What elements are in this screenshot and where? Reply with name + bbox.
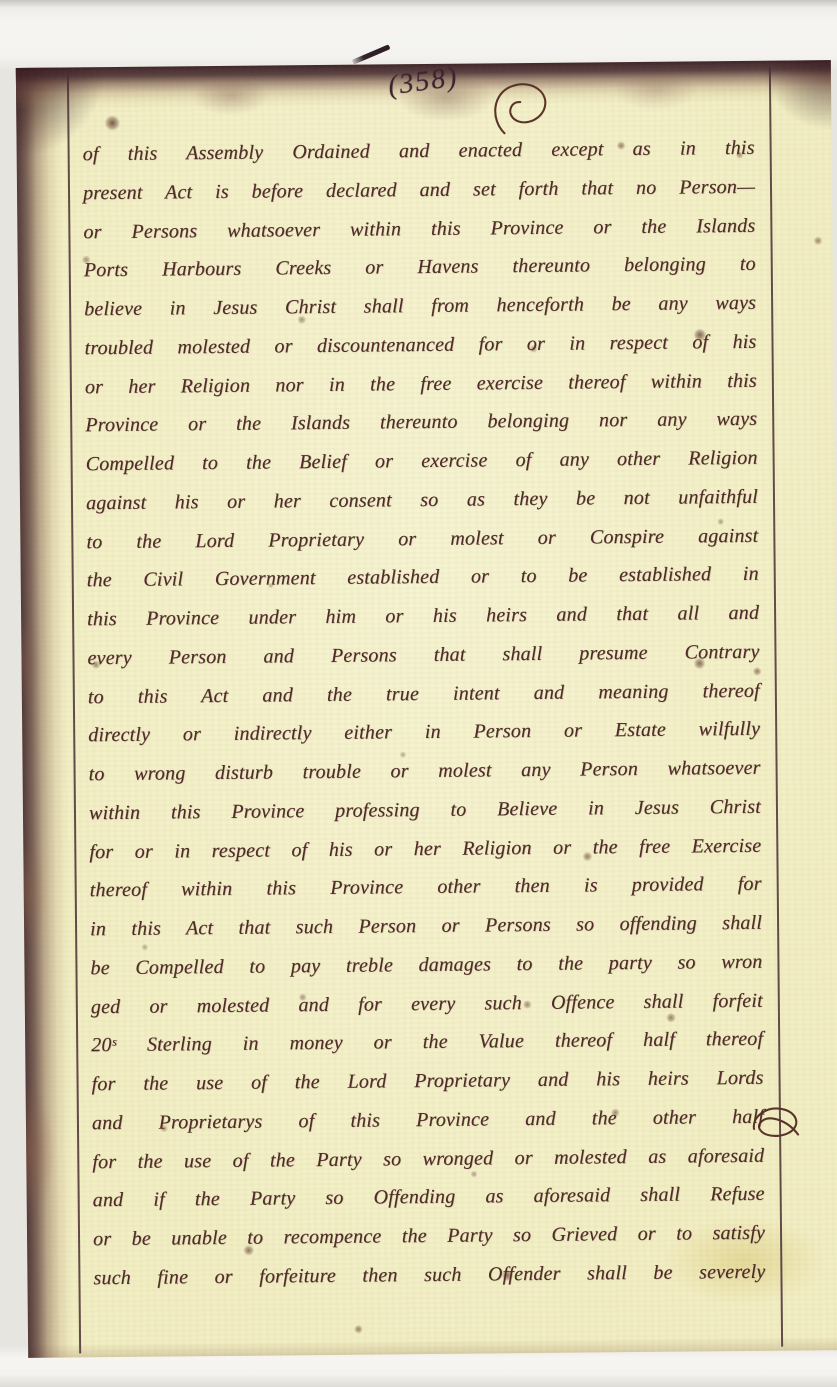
manuscript-line: for or in respect of his or her Religion… (89, 826, 761, 871)
scanned-document: (358) of this Assembly Ordained and enac… (0, 0, 837, 1387)
manuscript-line: this Province under him or his heirs and… (87, 594, 759, 639)
manuscript-line: Ports Harbours Creeks or Havens thereunt… (84, 245, 756, 290)
manuscript-line: directly or indirectly either in Person … (88, 710, 760, 755)
manuscript-line: of this Assembly Ordained and enacted ex… (82, 129, 754, 174)
margin-rule-right (769, 67, 783, 1347)
manuscript-line: against his or her consent so as they be… (86, 478, 758, 523)
manuscript-line: to wrong disturb trouble or molest any P… (88, 749, 760, 794)
page-number: (358) (386, 62, 460, 103)
manuscript-line: to the Lord Proprietary or molest or Con… (86, 516, 758, 561)
manuscript-line: believe in Jesus Christ shall from hence… (84, 284, 756, 329)
foxing-stain (813, 236, 822, 245)
foxing-stain (353, 1324, 362, 1333)
manuscript-line: and Proprietarys of this Province and th… (92, 1098, 764, 1143)
manuscript-line: Province or the Islands thereunto belong… (85, 400, 757, 445)
manuscript-line: and if the Party so Offending as aforesa… (93, 1175, 765, 1220)
manuscript-page: (358) of this Assembly Ordained and enac… (16, 60, 837, 1358)
manuscript-line: or be unable to recompence the Party so … (93, 1214, 765, 1259)
manuscript-line: or Persons whatsoever within this Provin… (83, 206, 755, 251)
manuscript-line: ged or molested and for every such Offen… (91, 981, 763, 1026)
manuscript-line: 20ˢ Sterling in money or the Value there… (91, 1020, 763, 1065)
manuscript-line: in this Act that such Person or Persons … (90, 904, 762, 949)
manuscript-line: for the use of the Party so wronged or m… (92, 1136, 764, 1181)
manuscript-line: be Compelled to pay treble damages to th… (90, 943, 762, 988)
manuscript-line: to this Act and the true intent and mean… (88, 671, 760, 716)
manuscript-line: every Person and Persons that shall pres… (87, 633, 759, 678)
manuscript-line: thereof within this Province other then … (90, 865, 762, 910)
manuscript-line: for the use of the Lord Proprietary and … (91, 1059, 763, 1104)
margin-rule-left (67, 73, 81, 1353)
manuscript-text: of this Assembly Ordained and enacted ex… (82, 129, 765, 1298)
manuscript-line: within this Province professing to Belie… (89, 788, 761, 833)
foxing-stain (104, 115, 120, 131)
manuscript-line: the Civil Government established or to b… (87, 555, 759, 600)
manuscript-line: present Act is before declared and set f… (83, 168, 755, 213)
manuscript-line: Compelled to the Belief or exercise of a… (85, 439, 757, 484)
pen-mark (352, 44, 391, 64)
manuscript-line: such fine or forfeiture then such Offend… (93, 1253, 765, 1298)
manuscript-line: troubled molested or discountenanced for… (84, 323, 756, 368)
manuscript-line: or her Religion nor in the free exercise… (85, 361, 757, 406)
